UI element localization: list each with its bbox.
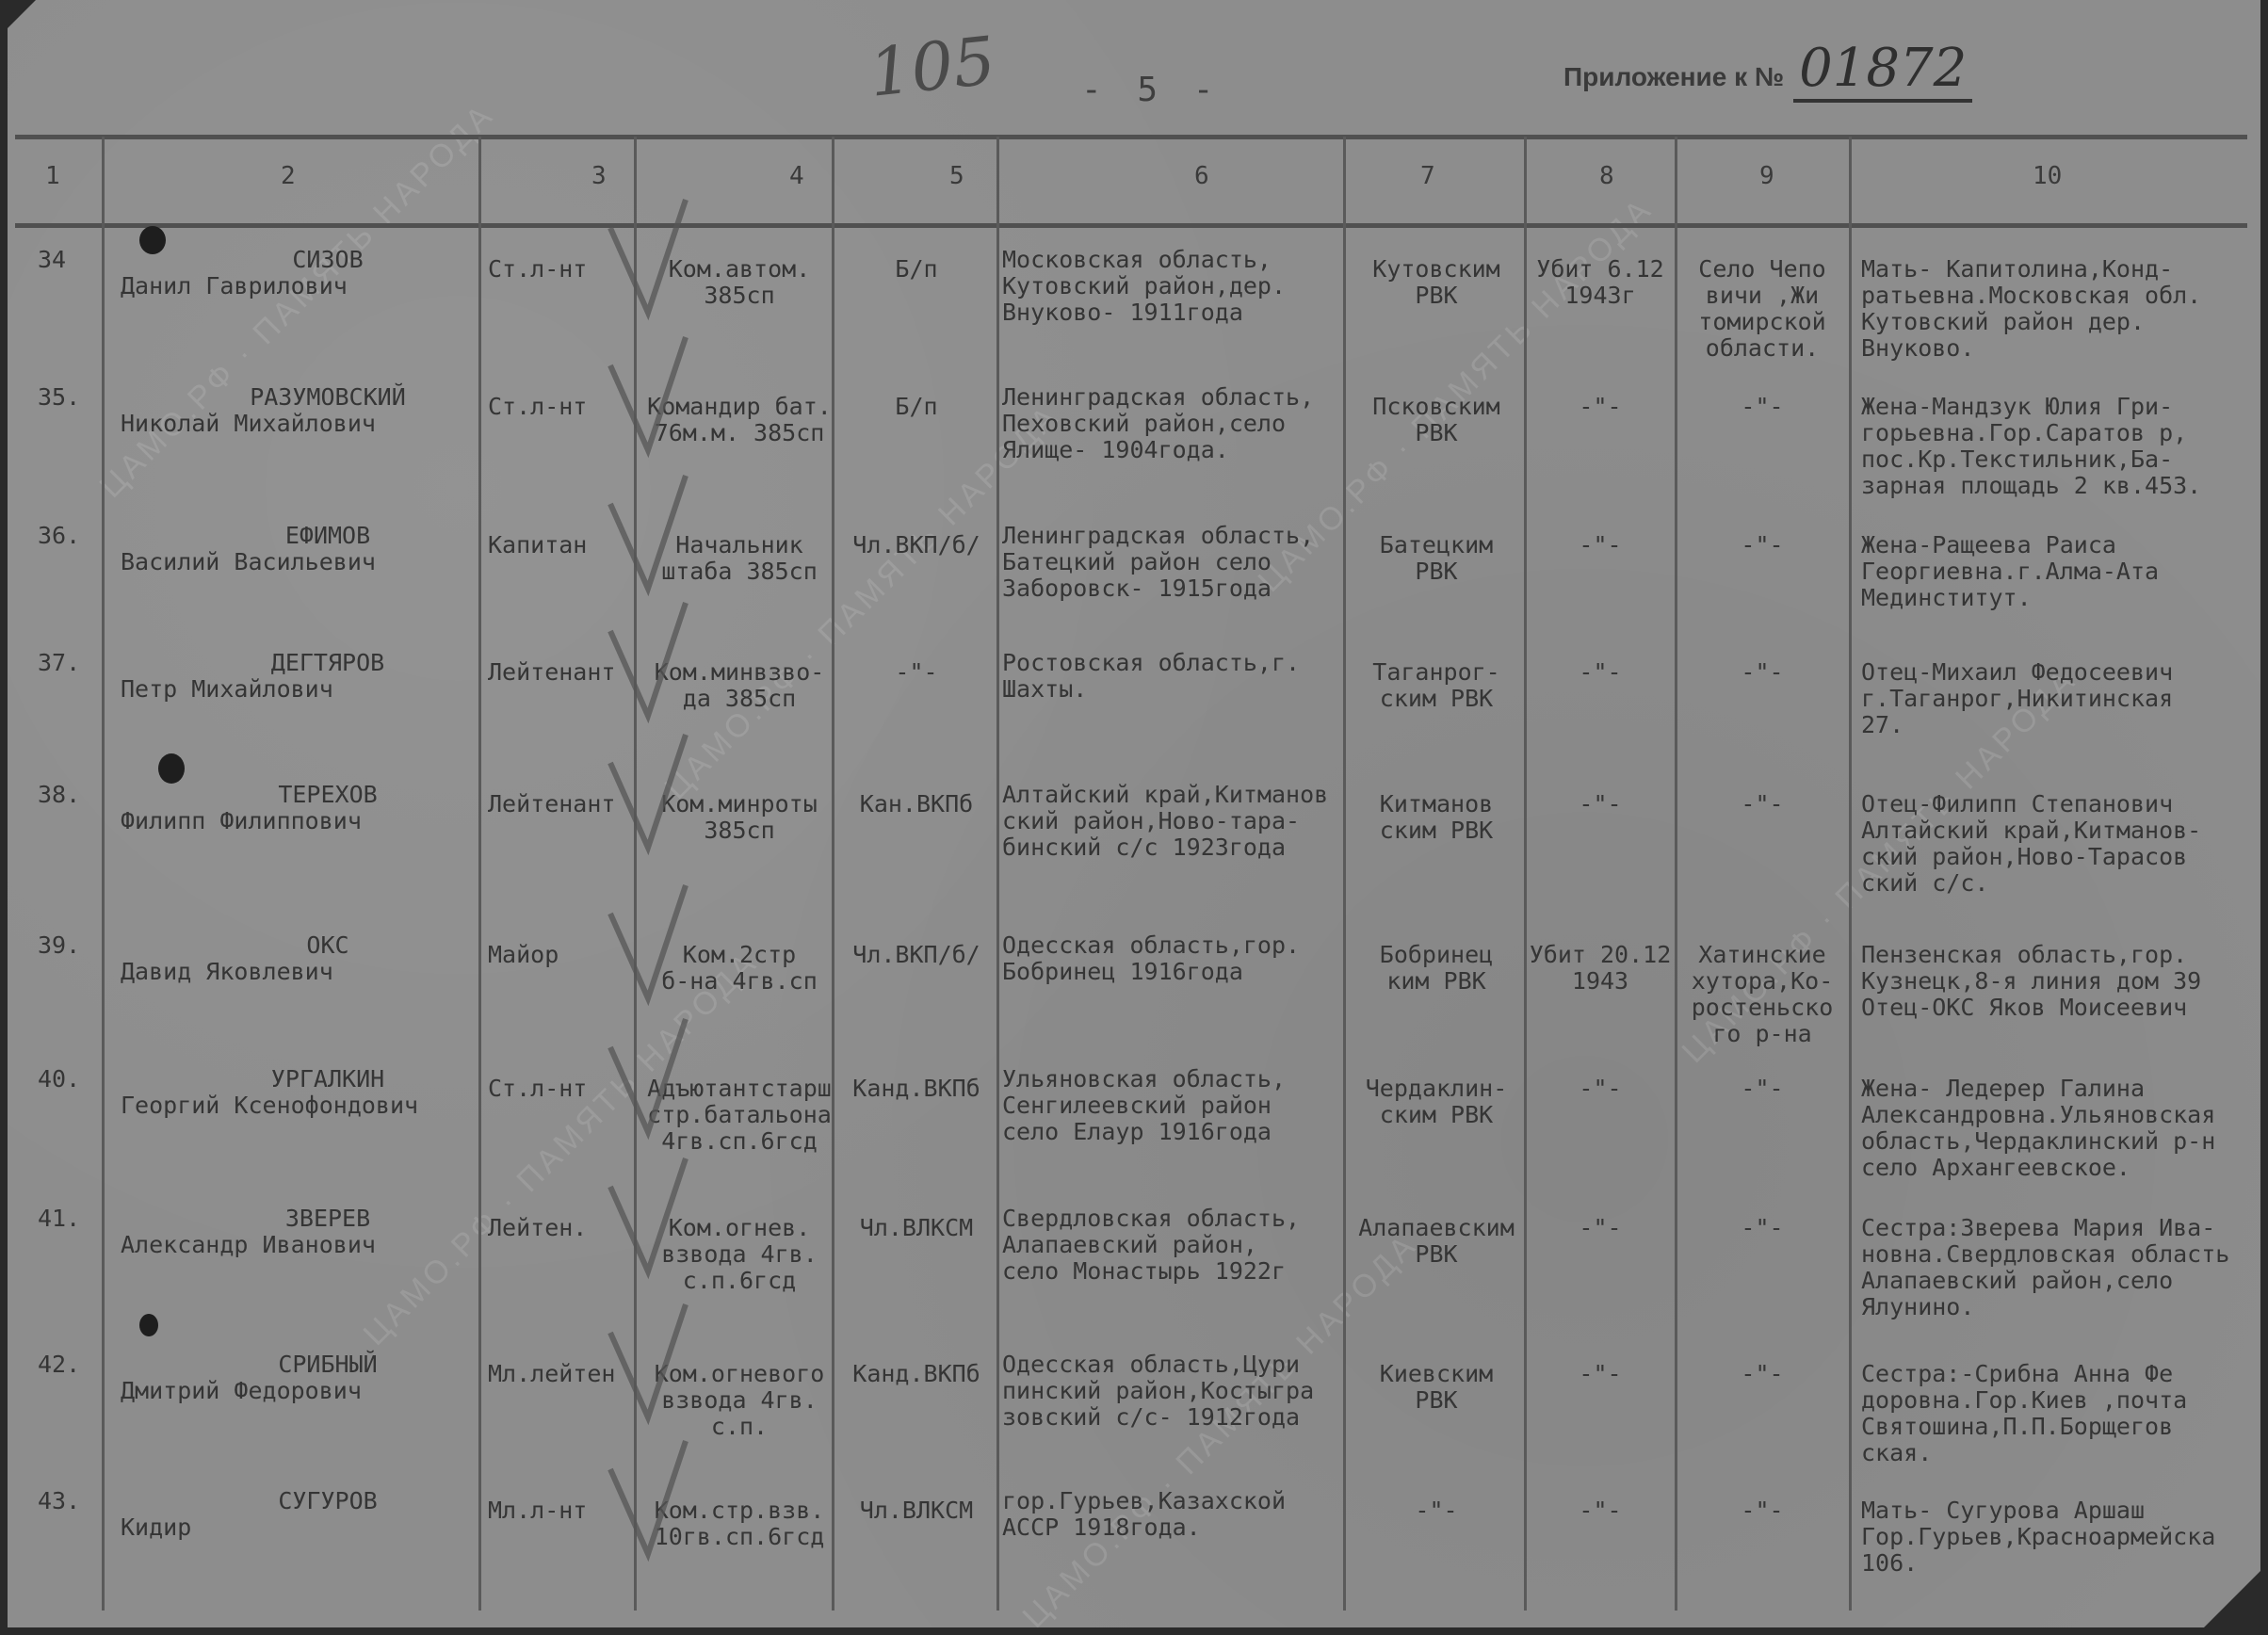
checkmark-icon xyxy=(610,1019,686,1132)
checkmark-icon xyxy=(610,1441,686,1554)
checkmark-icon xyxy=(610,200,686,313)
pencil-checkmarks xyxy=(8,0,2260,1635)
checkmark-icon xyxy=(610,337,686,450)
ink-blot xyxy=(139,1314,158,1336)
checkmark-icon xyxy=(610,476,686,589)
checkmark-icon xyxy=(610,735,686,848)
checkmark-icon xyxy=(610,603,686,716)
checkmark-icon xyxy=(610,1158,686,1271)
ink-blot xyxy=(139,226,166,254)
checkmark-icon xyxy=(610,885,686,998)
ink-blot xyxy=(158,753,185,784)
checkmark-icon xyxy=(610,1304,686,1417)
archival-document-page: ЦАМО.РФ · ПАМЯТЬ НАРОДА ЦАМО.РФ · ПАМЯТЬ… xyxy=(8,0,2260,1627)
